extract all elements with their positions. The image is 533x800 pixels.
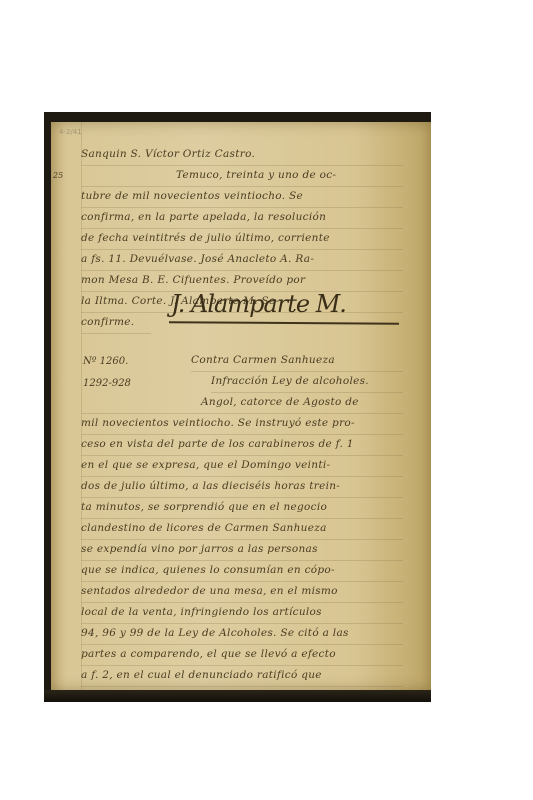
entry2-line: clandestino de licores de Carmen Sanhuez… bbox=[81, 518, 403, 540]
entry2-heading-1: Contra Carmen Sanhueza bbox=[191, 350, 403, 372]
entry1-line: confirme. bbox=[81, 312, 151, 334]
entry2-number: Nº 1260. bbox=[83, 356, 128, 367]
signature-underline bbox=[169, 321, 399, 325]
entry1-line: mon Mesa B. E. Cifuentes. Proveído por bbox=[81, 270, 403, 292]
register-page: 4-2/41 Sanquin S. Víctor Ortiz Castro. 2… bbox=[51, 122, 431, 690]
entry2-line: sentados alrededor de una mesa, en el mi… bbox=[81, 581, 403, 603]
archive-stamp: 4-2/41 bbox=[59, 128, 82, 136]
entry1-line: confirma, en la parte apelada, la resolu… bbox=[81, 207, 403, 229]
entry2-line: ta minutos, se sorprendió que en el nego… bbox=[81, 497, 403, 519]
entry2-line: dos de julio último, a las dieciséis hor… bbox=[81, 476, 403, 498]
entry2-line: a f. 2, en el cual el denunciado ratific… bbox=[81, 665, 403, 687]
entry2-line: que se indica, quienes lo consumían en c… bbox=[81, 560, 403, 582]
scanned-page-frame: 4-2/41 Sanquin S. Víctor Ortiz Castro. 2… bbox=[44, 112, 431, 702]
entry2-line: se expendía vino por jarros a las person… bbox=[81, 539, 403, 561]
entry2-line: ceso en vista del parte de los carabiner… bbox=[81, 434, 403, 456]
entry1-margin-number: 25 bbox=[53, 171, 63, 180]
entry1-line: Temuco, treinta y uno de oc- bbox=[81, 165, 403, 187]
entry2-heading-2: Infracción Ley de alcoholes. bbox=[211, 371, 403, 393]
entry1-heading: Sanquin S. Víctor Ortiz Castro. bbox=[81, 144, 403, 166]
entry2-line: mil novecientos veintiocho. Se instruyó … bbox=[81, 413, 403, 435]
scan-bottom-edge bbox=[44, 690, 431, 702]
entry2-line: Angol, catorce de Agosto de bbox=[81, 392, 403, 414]
entry2-line: local de la venta, infringiendo los artí… bbox=[81, 602, 403, 624]
entry2-line: 94, 96 y 99 de la Ley de Alcoholes. Se c… bbox=[81, 623, 403, 645]
entry2-line: en el que se expresa, que el Domingo vei… bbox=[81, 455, 403, 477]
entry2-line: partes a comparendo, el que se llevó a e… bbox=[81, 644, 403, 666]
entry1-line: de fecha veintitrés de julio último, cor… bbox=[81, 228, 403, 250]
judge-signature: J. Alamparte M. bbox=[171, 290, 346, 318]
entry1-line: tubre de mil novecientos veintiocho. Se bbox=[81, 186, 403, 208]
entry1-line: a fs. 11. Devuélvase. José Anacleto A. R… bbox=[81, 249, 403, 271]
entry2-case-number: 1292-928 bbox=[83, 378, 131, 389]
